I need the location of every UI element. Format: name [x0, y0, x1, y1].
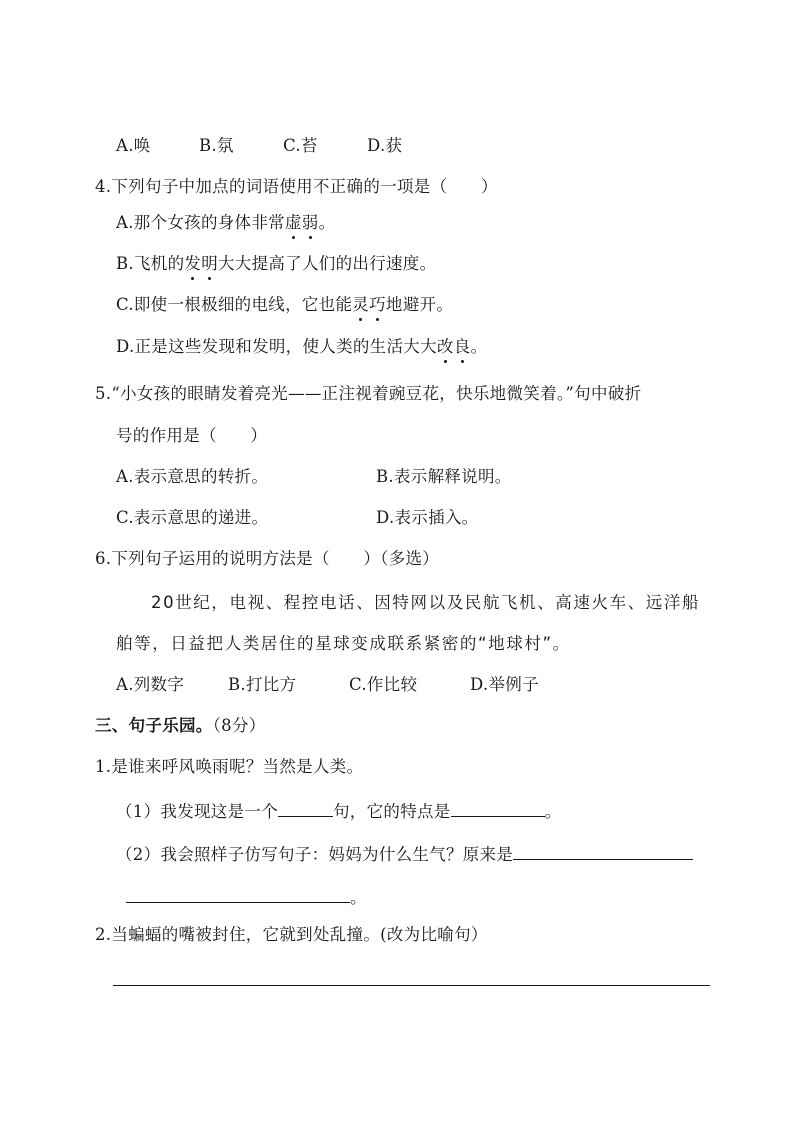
q4-option-c-text: C.即使一根极细的电线，它也能 [116, 295, 352, 314]
dotted-char: 明 [201, 254, 218, 274]
section-3-heading: 三、句子乐园。（8分） [95, 716, 266, 736]
answer-blank-sentence-type[interactable] [278, 800, 333, 817]
q5-option-c: C.表示意思的递进。 [116, 508, 268, 528]
s3-q1-sub2-text: （2）我会照样子仿写句子：妈妈为什么生气？原来是 [116, 845, 513, 864]
q6-passage-line1: 20世纪，电视、程控电话、因特网以及民航飞机、高速火车、远洋船 [151, 593, 700, 613]
s3-q1-sub2-end: 。 [350, 888, 367, 907]
s3-q1-sub1-text: （1）我发现这是一个 [116, 802, 278, 821]
q6-option-c: C.作比较 [349, 675, 417, 695]
q3-option-c: C.苔 [283, 136, 318, 156]
q5-option-a: A.表示意思的转折。 [116, 467, 268, 487]
dotted-char: 良 [454, 337, 471, 357]
section-3-score: （8分） [213, 716, 266, 735]
s3-q1-sub1: （1）我发现这是一个句，它的特点是。 [116, 800, 561, 822]
q5-stem-line2: 号的作用是（ ） [116, 426, 267, 446]
q3-option-b: B.氛 [199, 136, 234, 156]
dotted-char: 巧 [369, 295, 386, 315]
q4-option-a-text: A.那个女孩的身体非常 [116, 213, 285, 232]
dotted-char: 改 [437, 337, 454, 357]
q4-option-d-end: 。 [471, 337, 488, 356]
q4-option-b-end: 大大提高了人们的出行速度。 [218, 254, 436, 273]
q4-option-b-text: B.飞机的 [116, 254, 184, 273]
s3-q2-stem: 2.当蝙蝠的嘴被封住，它就到处乱撞。(改为比喻句） [95, 925, 488, 945]
answer-blank-imitation-1[interactable] [513, 843, 693, 860]
dotted-char: 虚 [285, 213, 302, 233]
answer-line-metaphor[interactable] [113, 985, 710, 986]
answer-blank-imitation-2[interactable] [126, 886, 350, 903]
s3-q1-sub1-mid: 句，它的特点是 [333, 802, 451, 821]
q4-option-a: A.那个女孩的身体非常虚弱。 [116, 213, 335, 233]
q4-option-d: D.正是这些发现和发明，使人类的生活大大改良。 [116, 337, 487, 357]
answer-blank-feature[interactable] [451, 800, 545, 817]
s3-q1-sub1-end: 。 [545, 802, 562, 821]
q4-option-b: B.飞机的发明大大提高了人们的出行速度。 [116, 254, 436, 274]
q5-option-b: B.表示解释说明。 [376, 467, 512, 487]
s3-q1-sub2-cont: 。 [126, 886, 367, 908]
q5-stem-line1: 5.“小女孩的眼睛发着亮光——正注视着豌豆花，快乐地微笑着。”句中破折 [95, 384, 641, 404]
s3-q1-stem: 1.是谁来呼风唤雨呢？当然是人类。 [95, 757, 363, 777]
q5-option-d: D.表示插入。 [376, 508, 479, 528]
q4-option-d-text: D.正是这些发现和发明，使人类的生活大大 [116, 337, 437, 356]
dotted-word: 虚弱 [285, 213, 319, 232]
q4-stem: 4.下列句子中加点的词语使用不正确的一项是（ ） [95, 177, 498, 197]
dotted-char: 弱 [302, 213, 319, 233]
q3-option-a: A.唤 [116, 136, 151, 156]
dotted-char: 灵 [352, 295, 369, 315]
q4-option-c: C.即使一根极细的电线，它也能灵巧地避开。 [116, 295, 453, 315]
q6-passage-line2: 舶等，日益把人类居住的星球变成联系紧密的“地球村”。 [116, 634, 571, 654]
q4-option-c-end: 地避开。 [386, 295, 453, 314]
s3-q1-sub2: （2）我会照样子仿写句子：妈妈为什么生气？原来是 [116, 843, 693, 865]
q6-option-a: A.列数字 [116, 675, 184, 695]
q6-option-d: D.举例子 [470, 675, 539, 695]
q6-option-b: B.打比方 [228, 675, 296, 695]
q3-option-d: D.获 [367, 136, 402, 156]
dotted-char: 发 [184, 254, 201, 274]
q4-option-a-end: 。 [319, 213, 336, 232]
section-3-title: 三、句子乐园。 [95, 716, 213, 735]
q6-stem: 6.下列句子运用的说明方法是（ ）（多选） [95, 549, 439, 569]
